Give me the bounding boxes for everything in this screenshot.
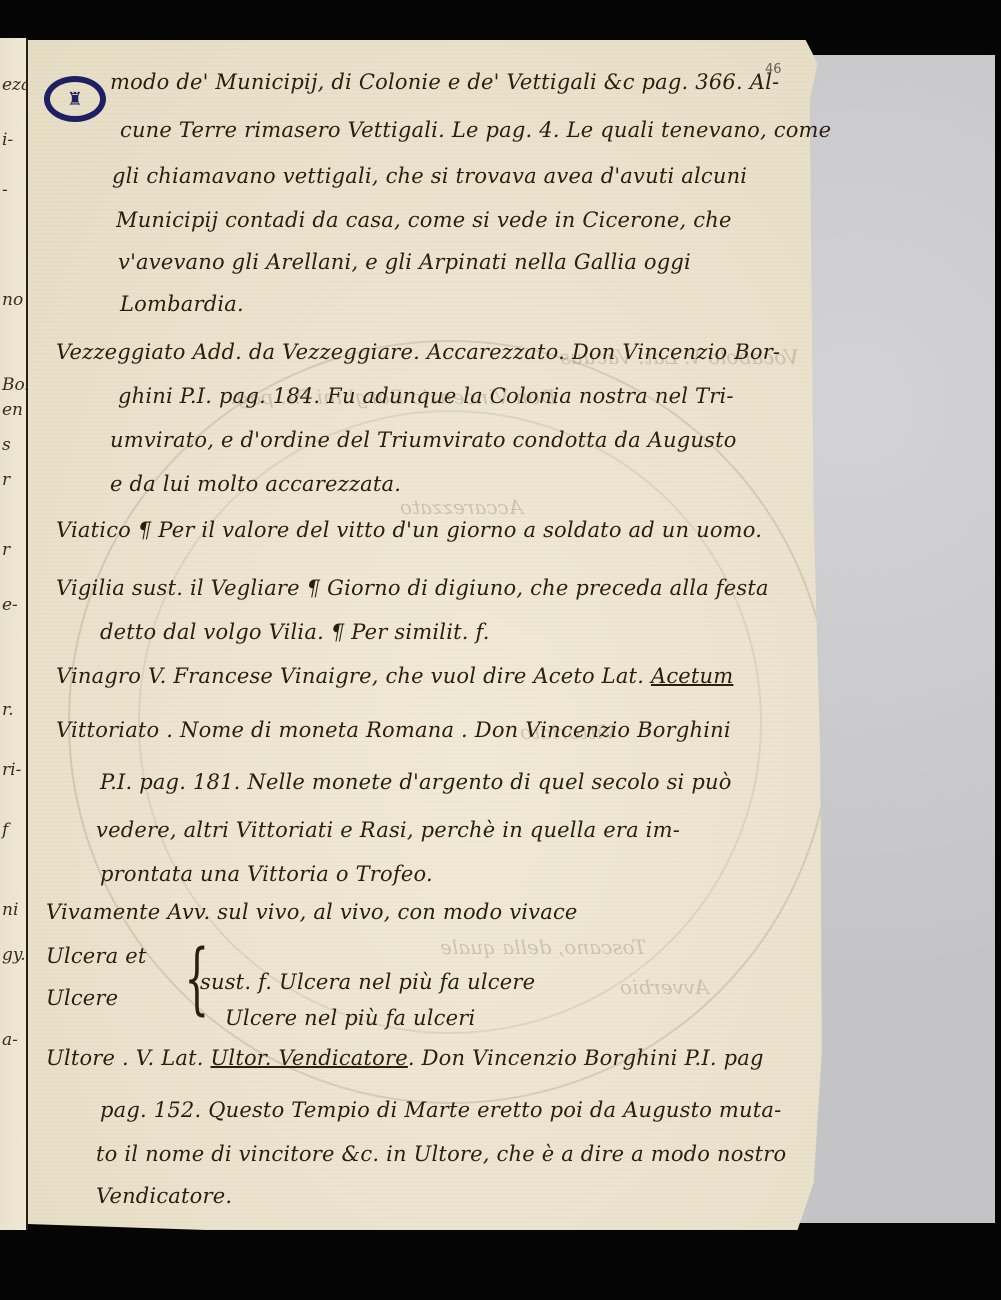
- text-line: . Don Vincenzio Borghini P.I. pag: [408, 1046, 764, 1070]
- facing-page-fragment: en: [2, 400, 23, 420]
- entry-ultore: Ultore . V. Lat. Ultor. Vendicatore. Don…: [46, 1046, 764, 1070]
- facing-page-fragment: gy.: [2, 945, 26, 965]
- text-line: gli chiamavano vettigali, che si trovava…: [112, 164, 747, 188]
- library-stamp-icon: ♜: [44, 76, 106, 122]
- entry-vinagro: Vinagro V. Francese Vinaigre, che vuol d…: [56, 664, 733, 688]
- facing-page-fragment: r.: [2, 700, 14, 720]
- facing-page-fragment: r: [2, 470, 10, 490]
- entry-viatico: Viatico ¶ Per il valore del vitto d'un g…: [56, 518, 762, 542]
- bleed-through-text: Accarezzato: [400, 495, 523, 519]
- facing-page-fragment: e-: [2, 595, 18, 615]
- facing-page-fragment: ri-: [2, 760, 21, 780]
- facing-page-fragment: eza: [2, 75, 28, 95]
- entry-ulcera: Ulcera et: [46, 944, 147, 968]
- text-line: detto dal volgo Vilia. ¶ Per similit. f.: [100, 620, 490, 644]
- bleed-through-text: Avverbio: [620, 975, 709, 999]
- text-line: Ulcere nel più fa ulceri: [225, 1006, 475, 1030]
- entry-ulcere: Ulcere: [46, 986, 118, 1010]
- underlined-term: Acetum: [651, 664, 733, 688]
- text-line: cune Terre rimasero Vettigali. Le pag. 4…: [120, 118, 831, 142]
- underlined-term: Ultor. Vendicatore: [211, 1046, 408, 1070]
- entry-vivamente: Vivamente Avv. sul vivo, al vivo, con mo…: [46, 900, 578, 924]
- text-line: Ultore . V. Lat.: [46, 1046, 211, 1070]
- text-line: Vinagro V. Francese Vinaigre, che vuol d…: [56, 664, 651, 688]
- facing-page-fragment: i-: [2, 130, 13, 150]
- entry-vigilia: Vigilia sust. il Vegliare ¶ Giorno di di…: [56, 576, 769, 600]
- text-line: to il nome di vincitore &c. in Ultore, c…: [96, 1142, 786, 1166]
- text-line: P.I. pag. 181. Nelle monete d'argento di…: [100, 770, 732, 794]
- entry-vittoriato: Vittoriato . Nome di moneta Romana . Don…: [56, 718, 731, 742]
- facing-page-fragment: a-: [2, 1030, 18, 1050]
- text-line: sust. f. Ulcera nel più fa ulcere: [200, 970, 535, 994]
- facing-page-fragment: Bol: [2, 375, 28, 395]
- text-line: Municipij contadi da casa, come si vede …: [116, 208, 732, 232]
- facing-page-fragment: s: [2, 435, 11, 455]
- facing-page-fragment: r: [2, 540, 10, 560]
- text-line: pag. 152. Questo Tempio di Marte eretto …: [100, 1098, 781, 1122]
- text-line: vedere, altri Vittoriati e Rasi, perchè …: [96, 818, 680, 842]
- facing-page-fragment: -: [2, 180, 8, 200]
- text-line: v'avevano gli Arellani, e gli Arpinati n…: [118, 250, 691, 274]
- text-line: prontata una Vittoria o Trofeo.: [100, 862, 433, 886]
- text-line: umvirato, e d'ordine del Triumvirato con…: [110, 428, 737, 452]
- text-line: Vendicatore.: [96, 1184, 232, 1208]
- facing-page-fragment: f: [2, 820, 8, 840]
- facing-page-edge: ezai--noBolensrre-r.ri-fnigy.a-: [0, 38, 28, 1230]
- entry-vezzeggiato: Vezzeggiato Add. da Vezzeggiare. Accarez…: [56, 340, 780, 364]
- text-line: Lombardia.: [120, 292, 244, 316]
- bleed-through-text: Toscano, della quale: [440, 935, 646, 959]
- text-line: modo de' Municipij, di Colonie e de' Vet…: [110, 70, 779, 94]
- text-line: ghini P.I. pag. 184. Fu adunque la Colon…: [118, 384, 734, 408]
- text-line: e da lui molto accarezzata.: [110, 472, 401, 496]
- facing-page-fragment: ni: [2, 900, 18, 920]
- facing-page-fragment: no: [2, 290, 23, 310]
